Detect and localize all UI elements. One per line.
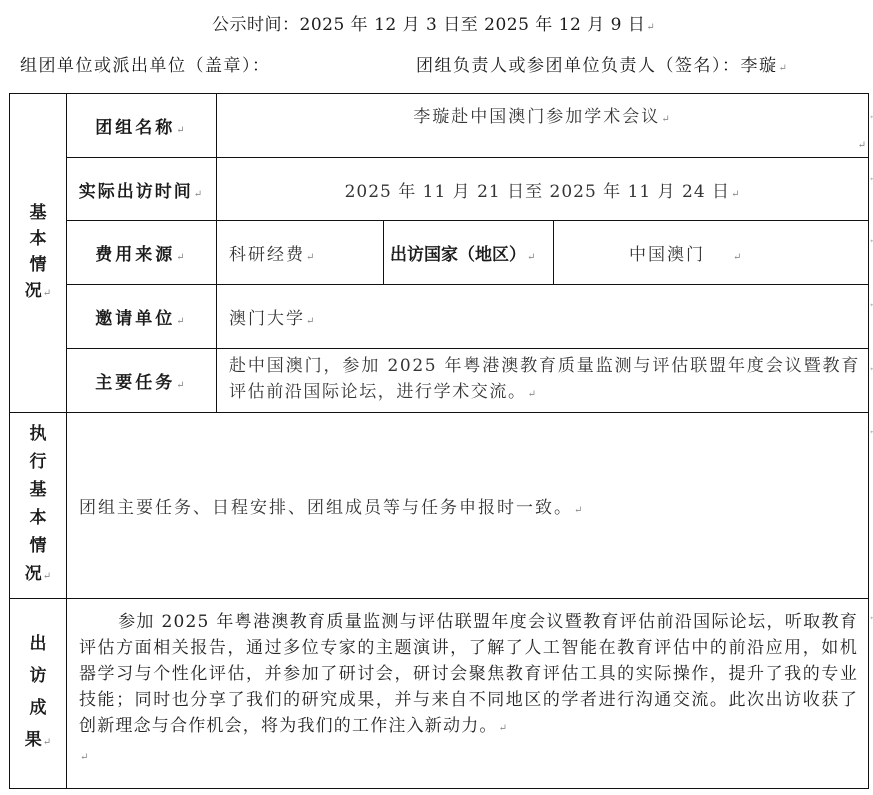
section-char: 本 — [10, 226, 66, 252]
paragraph-mark-icon: ↵ — [779, 63, 789, 74]
inviter-text: 澳门大学 — [229, 309, 305, 329]
leader-signature: 团组负责人或参团单位负责人（签名）：李璇↵ — [416, 55, 788, 80]
results-paragraph: 参加 2025 年粤港澳教育质量监测与评估联盟年度会议暨教育评估前沿国际论坛，听… — [79, 609, 858, 742]
paragraph-mark-icon: ↵ — [176, 252, 187, 263]
paragraph-mark-icon: ↵ — [176, 316, 187, 327]
row-results: 出 访 成 果↵ 参加 2025 年粤港澳教育质量监测与评估联盟年度会议暨教育评… — [10, 599, 869, 789]
edge-mark-icon: ↵ — [869, 174, 873, 183]
paragraph-mark-icon: ↵ — [43, 288, 51, 299]
section-char: 出 — [10, 628, 66, 660]
section-char: 基 — [10, 200, 66, 226]
visit-report-table: 基 本 情 况↵ 团组名称↵ 李璇赴中国澳门参加学术会议↵ ↵ 实际出访时间↵ … — [9, 93, 869, 789]
value-funding: 科研经费↵ — [217, 221, 384, 285]
section-char: 果↵ — [10, 724, 66, 759]
label-main-task: 主要任务↵ — [67, 349, 217, 413]
value-country: 中国澳门↵ — [554, 221, 869, 285]
notice-time-text: 公示时间：2025 年 12 月 3 日至 2025 年 12 月 9 日 — [212, 15, 645, 35]
label-inviter: 邀请单位↵ — [67, 285, 217, 349]
org-unit-stamp-label: 组团单位或派出单位（盖章）： — [20, 55, 271, 77]
paragraph-mark-icon: ↵ — [733, 252, 743, 263]
results-content: 参加 2025 年粤港澳教育质量监测与评估联盟年度会议暨教育评估前沿国际论坛，听… — [67, 599, 869, 789]
label-funding: 费用来源↵ — [67, 221, 217, 285]
paragraph-mark-icon: ↵ — [499, 723, 509, 734]
results-text: 参加 2025 年粤港澳教育质量监测与评估联盟年度会议暨教育评估前沿国际论坛，听… — [79, 612, 858, 736]
value-main-task: 赴中国澳门，参加 2025 年粤港澳教育质量监测与评估联盟年度会议暨教育评估前沿… — [217, 349, 869, 413]
row-main-task: 主要任务↵ 赴中国澳门，参加 2025 年粤港澳教育质量监测与评估联盟年度会议暨… — [10, 349, 869, 413]
leader-signature-text: 团组负责人或参团单位负责人（签名）：李璇 — [416, 56, 778, 76]
section-char: 况↵ — [10, 560, 66, 591]
paragraph-mark-icon: ↵ — [858, 140, 866, 151]
paragraph-mark-icon: ↵ — [527, 252, 535, 263]
section-char: 执 — [10, 420, 66, 448]
edge-mark-icon: ↵ — [869, 300, 873, 309]
paragraph-mark-icon: ↵ — [528, 389, 538, 400]
section-char: 本 — [10, 504, 66, 532]
row-group-name: 基 本 情 况↵ 团组名称↵ 李璇赴中国澳门参加学术会议↵ ↵ — [10, 94, 869, 158]
notice-time: 公示时间：2025 年 12 月 3 日至 2025 年 12 月 9 日↵ — [212, 14, 655, 39]
section-char: 基 — [10, 476, 66, 504]
execution-content: 团组主要任务、日程安排、团组成员等与任务申报时一致。↵ — [67, 413, 869, 599]
section-char: 行 — [10, 448, 66, 476]
funding-text: 科研经费 — [229, 245, 305, 265]
section-char: 访 — [10, 660, 66, 692]
execution-text: 团组主要任务、日程安排、团组成员等与任务申报时一致。 — [79, 498, 573, 518]
row-funding-country: 费用来源↵ 科研经费↵ 出访国家（地区）↵ 中国澳门↵ — [10, 221, 869, 285]
edge-mark-icon: ↵ — [869, 364, 873, 373]
paragraph-mark-icon: ↵ — [176, 380, 187, 391]
value-inviter: 澳门大学↵ — [217, 285, 869, 349]
section-char: 况↵ — [10, 278, 66, 307]
value-visit-time: 2025 年 11 月 21 日至 2025 年 11 月 24 日↵ — [217, 158, 869, 221]
row-inviter: 邀请单位↵ 澳门大学↵ — [10, 285, 869, 349]
label-group-name: 团组名称↵ — [67, 94, 217, 158]
edge-mark-icon: ↵ — [869, 112, 873, 121]
paragraph-mark-icon: ↵ — [661, 114, 671, 125]
group-name-text: 李璇赴中国澳门参加学术会议 — [413, 107, 660, 127]
section-results: 出 访 成 果↵ — [10, 599, 67, 789]
edge-mark-icon: ↵ — [869, 427, 873, 436]
section-char: 情 — [10, 532, 66, 560]
paragraph-mark-icon: ↵ — [43, 571, 51, 582]
paragraph-mark-icon: ↵ — [194, 189, 204, 200]
visit-time-text: 2025 年 11 月 21 日至 2025 年 11 月 24 日 — [345, 182, 731, 202]
row-visit-time: 实际出访时间↵ 2025 年 11 月 21 日至 2025 年 11 月 24… — [10, 158, 869, 221]
paragraph-mark-icon: ↵ — [731, 189, 740, 200]
paragraph-mark-icon: ↵ — [306, 316, 316, 327]
value-group-name: 李璇赴中国澳门参加学术会议↵ ↵ — [217, 94, 869, 158]
section-char: 情 — [10, 252, 66, 278]
section-execution: 执 行 基 本 情 况↵ — [10, 413, 67, 599]
label-country: 出访国家（地区）↵ — [384, 221, 554, 285]
paragraph-mark-icon: ↵ — [306, 252, 316, 263]
paragraph-mark-icon: ↵ — [646, 22, 655, 33]
paragraph-mark-icon: ↵ — [43, 737, 51, 748]
paragraph-mark-icon: ↵ — [176, 125, 187, 136]
main-task-text: 赴中国澳门，参加 2025 年粤港澳教育质量监测与评估联盟年度会议暨教育评估前沿… — [229, 356, 860, 402]
section-basic-info: 基 本 情 况↵ — [10, 94, 67, 413]
paragraph-mark-icon: ↵ — [574, 505, 584, 516]
edge-mark-icon: ↵ — [869, 613, 873, 622]
edge-mark-icon: ↵ — [869, 236, 873, 245]
row-execution: 执 行 基 本 情 况↵ 团组主要任务、日程安排、团组成员等与任务申报时一致。↵ — [10, 413, 869, 599]
label-visit-time: 实际出访时间↵ — [67, 158, 217, 221]
paragraph-mark-icon: ↵ — [80, 752, 90, 763]
country-text: 中国澳门 — [629, 245, 705, 265]
section-char: 成 — [10, 692, 66, 724]
